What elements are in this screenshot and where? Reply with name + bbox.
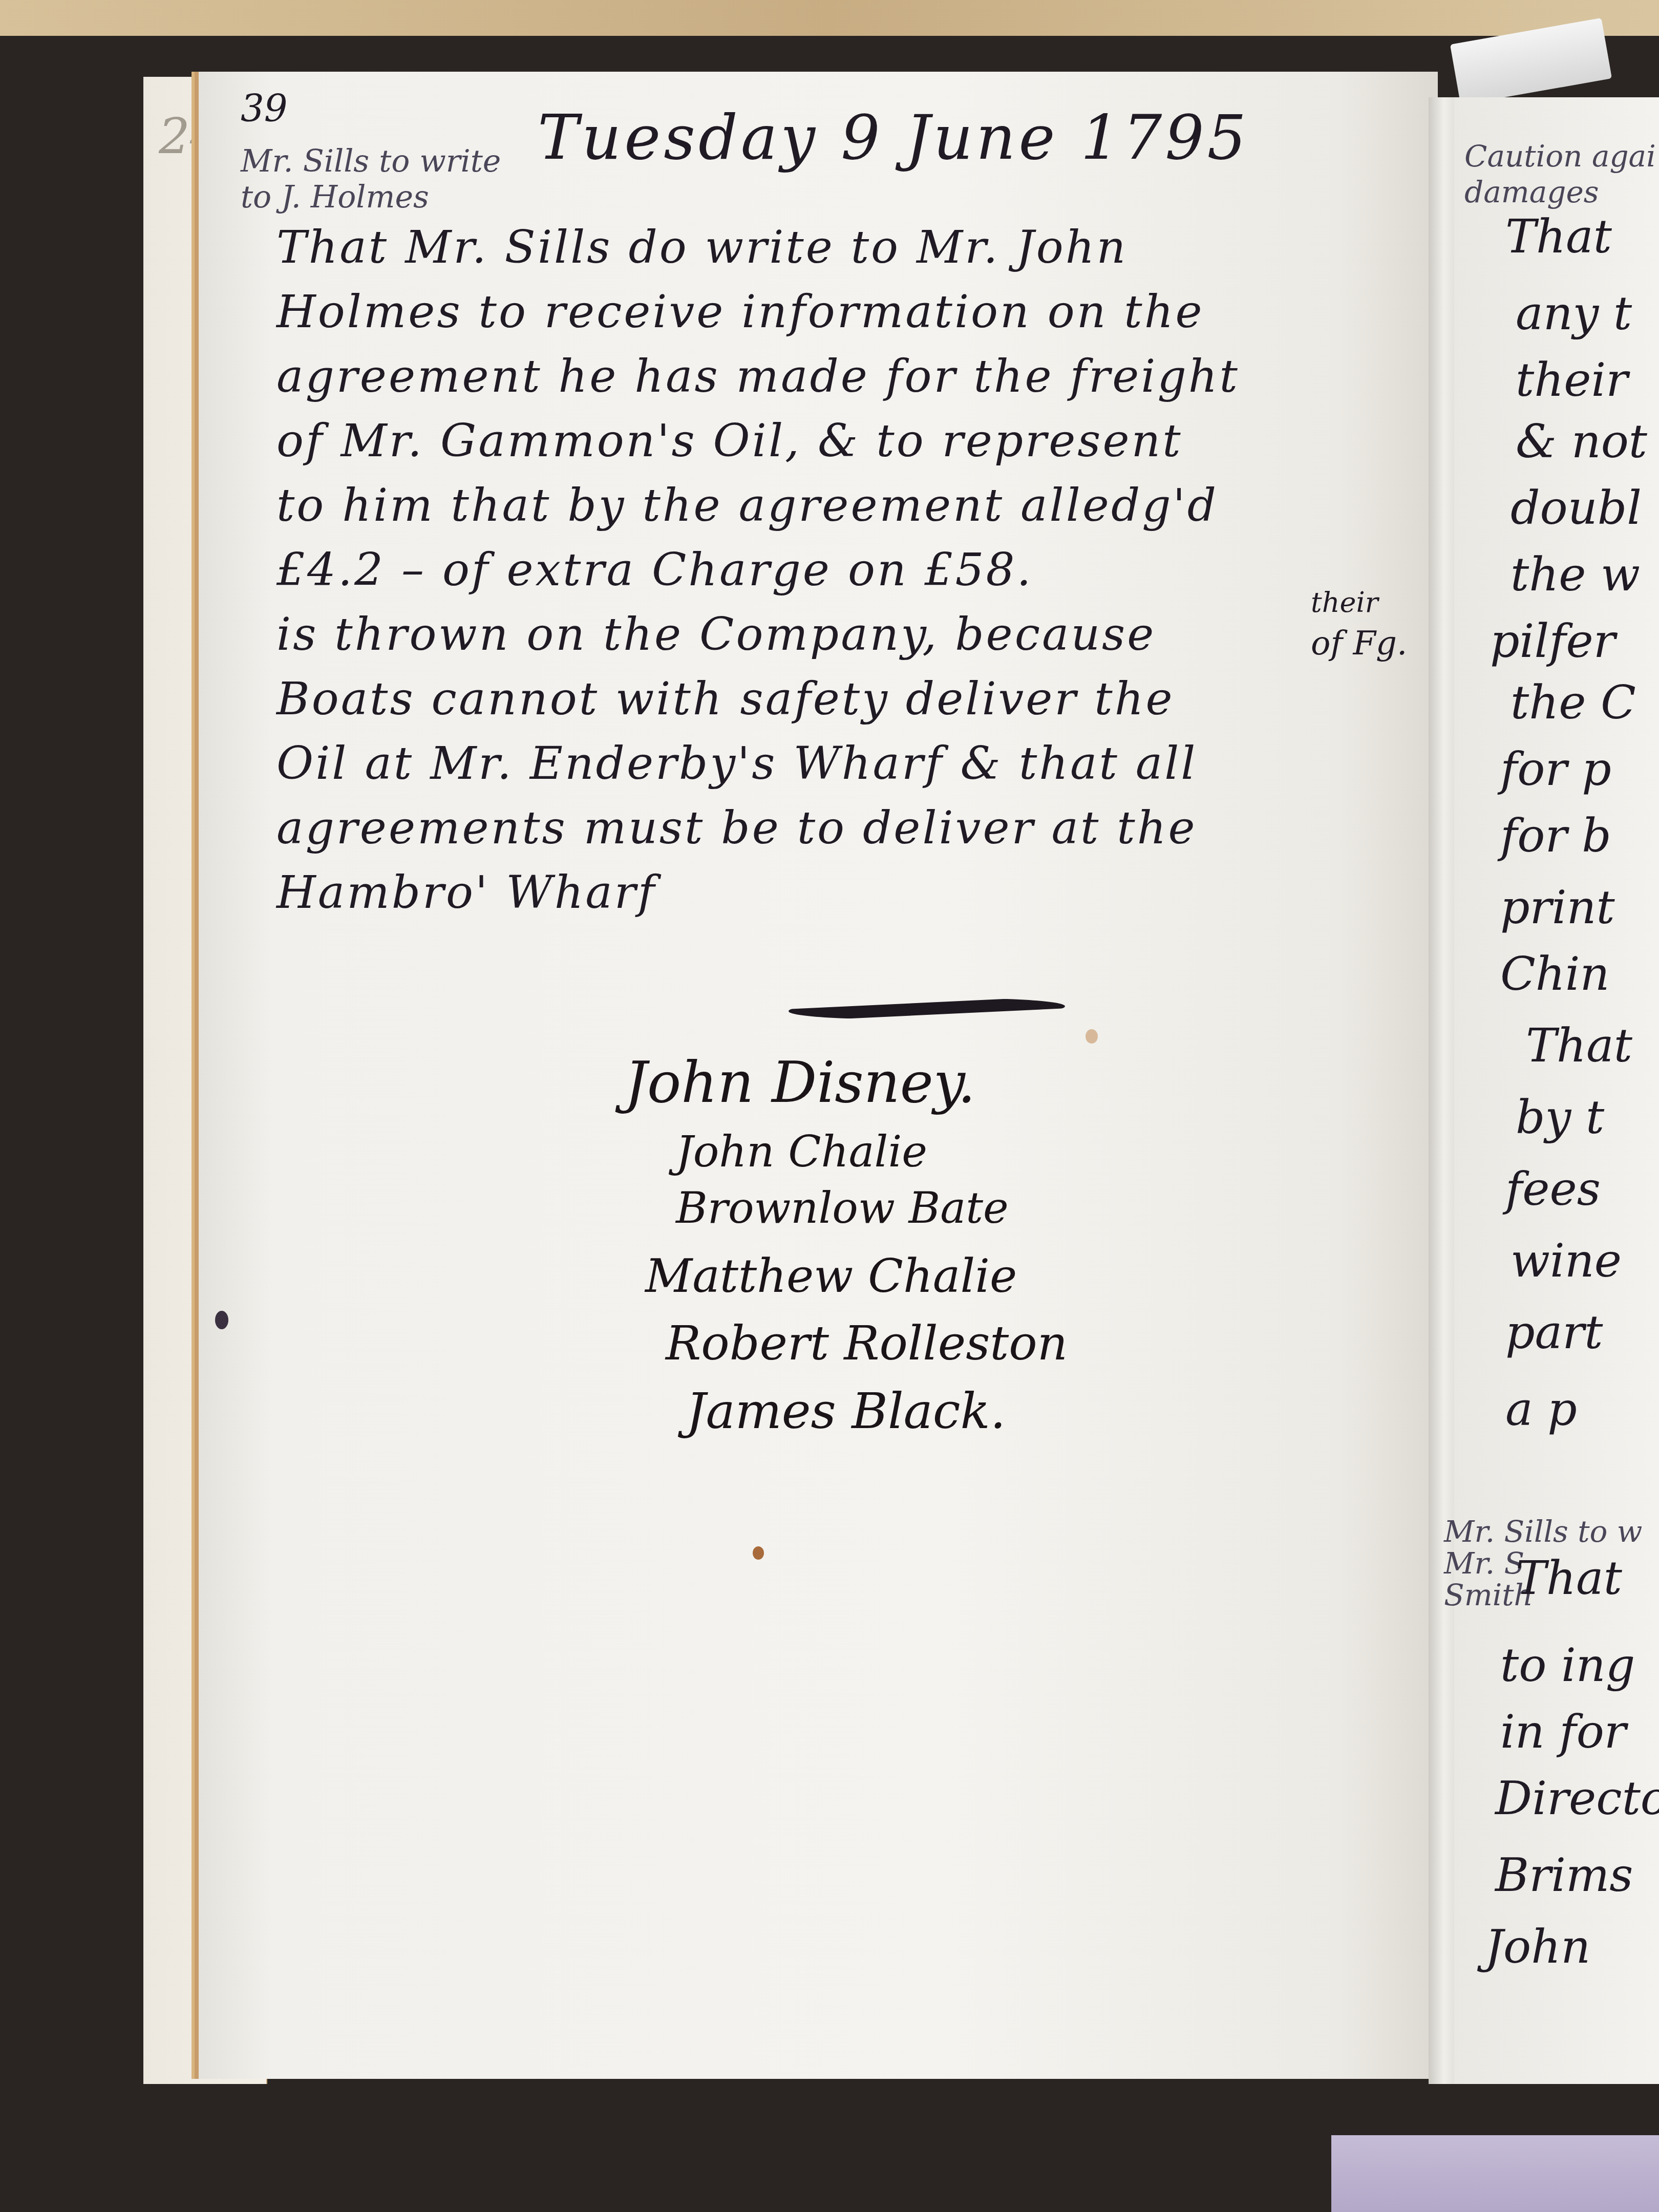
background-cloth [1331, 2135, 1659, 2212]
signature: John Disney. [625, 1050, 975, 1115]
signature: Brownlow Bate [676, 1183, 1009, 1233]
entry-line: Hambro' Wharf [276, 860, 1403, 925]
entry-line: Holmes to receive information on the [276, 280, 1403, 344]
signature: James Black. [686, 1382, 1006, 1440]
entry-line: agreements must be to deliver at the [276, 796, 1403, 860]
margin-note: Mr. Sills to write to J. Holmes [241, 143, 501, 215]
minute-entry: That Mr. Sills do write to Mr. John Holm… [276, 215, 1403, 925]
entry-line: is thrown on the Company, because [276, 602, 1403, 667]
interlinear-insert: their [1311, 586, 1378, 619]
signature: Robert Rolleston [666, 1316, 1068, 1371]
ink-blot [215, 1311, 228, 1329]
entry-line: agreement he has made for the freight [276, 344, 1403, 409]
entry-line: £4.2 – of extra Charge on £58. [276, 538, 1403, 602]
entry-line: That Mr. Sills do write to Mr. John [276, 215, 1403, 280]
date-heading: Tuesday 9 June 1795 [538, 102, 1249, 174]
page-number: 39 [241, 87, 288, 130]
right-margin-note-top: Caution agai damages [1464, 138, 1656, 210]
ink-stain [753, 1546, 764, 1560]
marginal-insert: of Fg. [1311, 625, 1407, 663]
signature: Matthew Chalie [645, 1249, 1017, 1303]
signature: John Chalie [676, 1126, 927, 1177]
foxing-spot [1086, 1029, 1098, 1044]
entry-line: Boats cannot with safety deliver the [276, 667, 1403, 731]
entry-line: Oil at Mr. Enderby's Wharf & that all [276, 731, 1403, 796]
entry-line: to him that by the agreement alledg'd [276, 473, 1403, 538]
entry-line: of Mr. Gammon's Oil, & to represent [276, 409, 1403, 473]
